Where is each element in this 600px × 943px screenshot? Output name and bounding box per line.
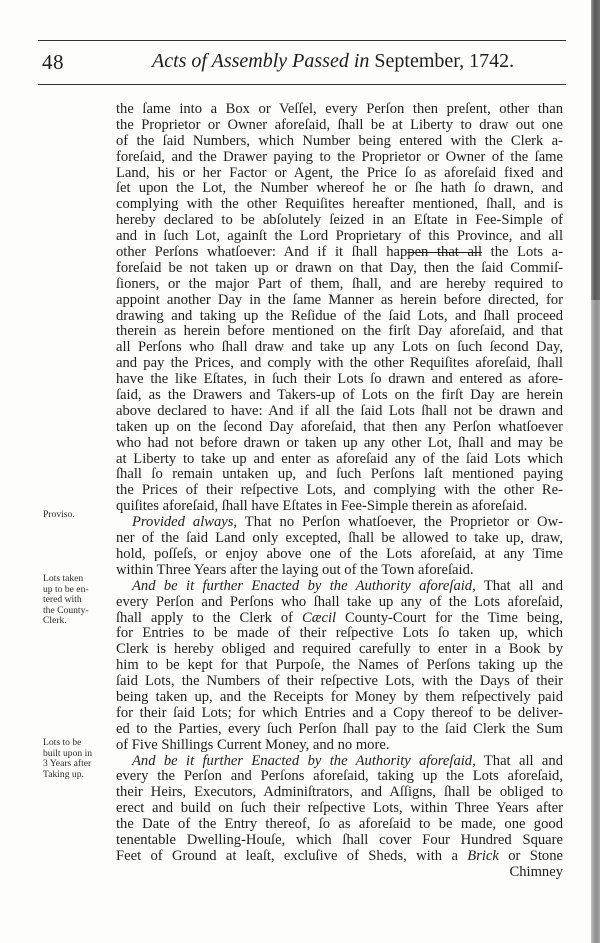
text-line: and pay the Prices, and comply with the …: [116, 356, 563, 372]
text-line: Land, his or her Factor or Agent, the Pr…: [116, 166, 563, 182]
italic-lead: Provided always,: [132, 515, 237, 530]
text-line: erect and build on ſuch their reſpective…: [116, 801, 563, 817]
text-line: who had not before drawn or taken up any…: [116, 436, 563, 452]
margin-note-line: Lots to be: [43, 738, 111, 749]
text-line-with-strike: other Perſons whatſoever: And if it ſhal…: [116, 245, 563, 261]
text-line: ner of the ſaid Land only excepted, ſhal…: [116, 531, 563, 547]
binding-shadow-lower: [591, 300, 600, 943]
text-line: foreſaid, and the Drawer paying to the P…: [116, 150, 563, 166]
margin-note-line: Lots taken: [43, 574, 111, 585]
text-line: quiſites aforeſaid, ſhall have Eſtates i…: [116, 499, 563, 515]
text-line: and in ſuch Lot, againſt the Lord Propri…: [116, 229, 563, 245]
struck-text: pen that all: [407, 245, 482, 260]
text-fragment: ſhall apply to the Clerk of: [116, 611, 302, 626]
text-line: their Heirs, Executors, Adminiſtrators, …: [116, 785, 563, 801]
text-line: ſaid Lots, the Numbers of their reſpecti…: [116, 674, 563, 690]
text-fragment: That all and: [476, 579, 563, 594]
running-title-italic: Acts of Assembly Passed in: [152, 50, 369, 72]
text-line: appoint another Day in the ſame Manner a…: [116, 293, 563, 309]
text-line: being taken up, and the Receipts for Mon…: [116, 690, 563, 706]
text-line: the Prices of their reſpective Lots, and…: [116, 483, 563, 499]
text-fragment: Feet of Ground at leaſt, excluſive of Sh…: [116, 849, 467, 864]
text-line: at Liberty to take up and enter as afore…: [116, 452, 563, 468]
text-line: foreſaid be not taken up or drawn on tha…: [116, 261, 563, 277]
text-line: the ſame into a Box or Veſſel, every Per…: [116, 102, 563, 118]
text-line: hold, poſſeſs, or enjoy above one of the…: [116, 547, 563, 563]
running-title-date: September, 1742.: [369, 50, 514, 72]
text-line: ſhall ſo remain untaken up, and ſuch Per…: [116, 467, 563, 483]
paragraph-enacted-start: And be it further Enacted by the Authori…: [116, 754, 563, 770]
header-rule-bottom: [38, 84, 566, 85]
text-line: him to be kept for that Purpoſe, the Nam…: [116, 658, 563, 674]
text-line: ſaid, as the Drawers and Takers-up of Lo…: [116, 388, 563, 404]
paragraph-enacted-start: And be it further Enacted by the Authori…: [116, 579, 563, 595]
text-line: ed to the Parties, every ſuch Perſon ſha…: [116, 722, 563, 738]
text-fragment: That no Perſon whatſoever, the Proprieto…: [237, 515, 563, 530]
text-fragment: That all and: [476, 754, 563, 769]
place-name: Cæcil: [302, 611, 336, 626]
italic-lead: And be it further Enacted by the Authori…: [132, 754, 476, 769]
text-fragment: the Lots a-: [482, 245, 563, 260]
text-line: therein as herein before mentioned on th…: [116, 324, 563, 340]
text-line: ſioners, or the major Part of them, ſhal…: [116, 277, 563, 293]
text-line: above declared to have: And if all the ſ…: [116, 404, 563, 420]
text-line: Clerk is hereby obliged and required car…: [116, 642, 563, 658]
document-page: 48 Acts of Assembly Passed in September,…: [0, 0, 600, 943]
margin-note-proviso: Proviso.: [43, 510, 111, 521]
margin-note-lots-built: Lots to be built upon in 3 Years after T…: [43, 738, 111, 780]
text-line: every the Perſon and Perſons aforeſaid, …: [116, 769, 563, 785]
text-line: for Entries to be made of their reſpecti…: [116, 626, 563, 642]
italic-lead: And be it further Enacted by the Authori…: [132, 579, 476, 594]
text-line: tenentable Dwelling-Houſe, which ſhall c…: [116, 833, 563, 849]
text-line: every Perſon and Perſons who ſhall take …: [116, 595, 563, 611]
text-line: for their ſaid Lots; for which Entries a…: [116, 706, 563, 722]
margin-note-line: Clerk.: [43, 616, 111, 627]
paragraph-proviso-start: Provided always, That no Perſon whatſoev…: [116, 515, 563, 531]
text-line: all Perſons who ſhall draw and take up a…: [116, 340, 563, 356]
text-line: complying with the other Requiſites here…: [116, 197, 563, 213]
text-line: the Proprietor or Owner aforeſaid, ſhall…: [116, 118, 563, 134]
body-text: the ſame into a Box or Veſſel, every Per…: [116, 102, 563, 881]
text-line: have the like Eſtates, in ſuch their Lot…: [116, 372, 563, 388]
text-line: drawing and taking up the Reſidue of the…: [116, 309, 563, 325]
text-line: of Five Shillings Current Money, and no …: [116, 738, 563, 754]
text-fragment: County-Court for the Time being,: [336, 611, 563, 626]
text-line: hereby declared to be abſolutely ſeized …: [116, 213, 563, 229]
running-title: Acts of Assembly Passed in September, 17…: [152, 50, 514, 73]
catchword: Chimney: [116, 865, 563, 881]
text-line: of the ſaid Numbers, which Number being …: [116, 134, 563, 150]
text-fragment: other Perſons whatſoever: And if it ſhal…: [116, 245, 407, 260]
page-number: 48: [42, 50, 64, 75]
text-line: within Three Years after the laying out …: [116, 563, 563, 579]
text-line: Feet of Ground at leaſt, excluſive of Sh…: [116, 849, 563, 865]
margin-note-line: Taking up.: [43, 770, 111, 781]
text-line: taken up on the ſecond Day aforeſaid, th…: [116, 420, 563, 436]
margin-note-line: Proviso.: [43, 510, 111, 521]
text-line: the Date of the Entry thereof, ſo as afo…: [116, 817, 563, 833]
margin-note-lots-entered: Lots taken up to be en- tered with the C…: [43, 574, 111, 627]
text-fragment: or Stone: [499, 849, 563, 864]
text-line: ſet upon the Lot, the Number whereof he …: [116, 181, 563, 197]
text-line: ſhall apply to the Clerk of Cæcil County…: [116, 611, 563, 627]
text-fragment-italic: Brick: [467, 849, 499, 864]
header-rule-top: [38, 40, 566, 41]
